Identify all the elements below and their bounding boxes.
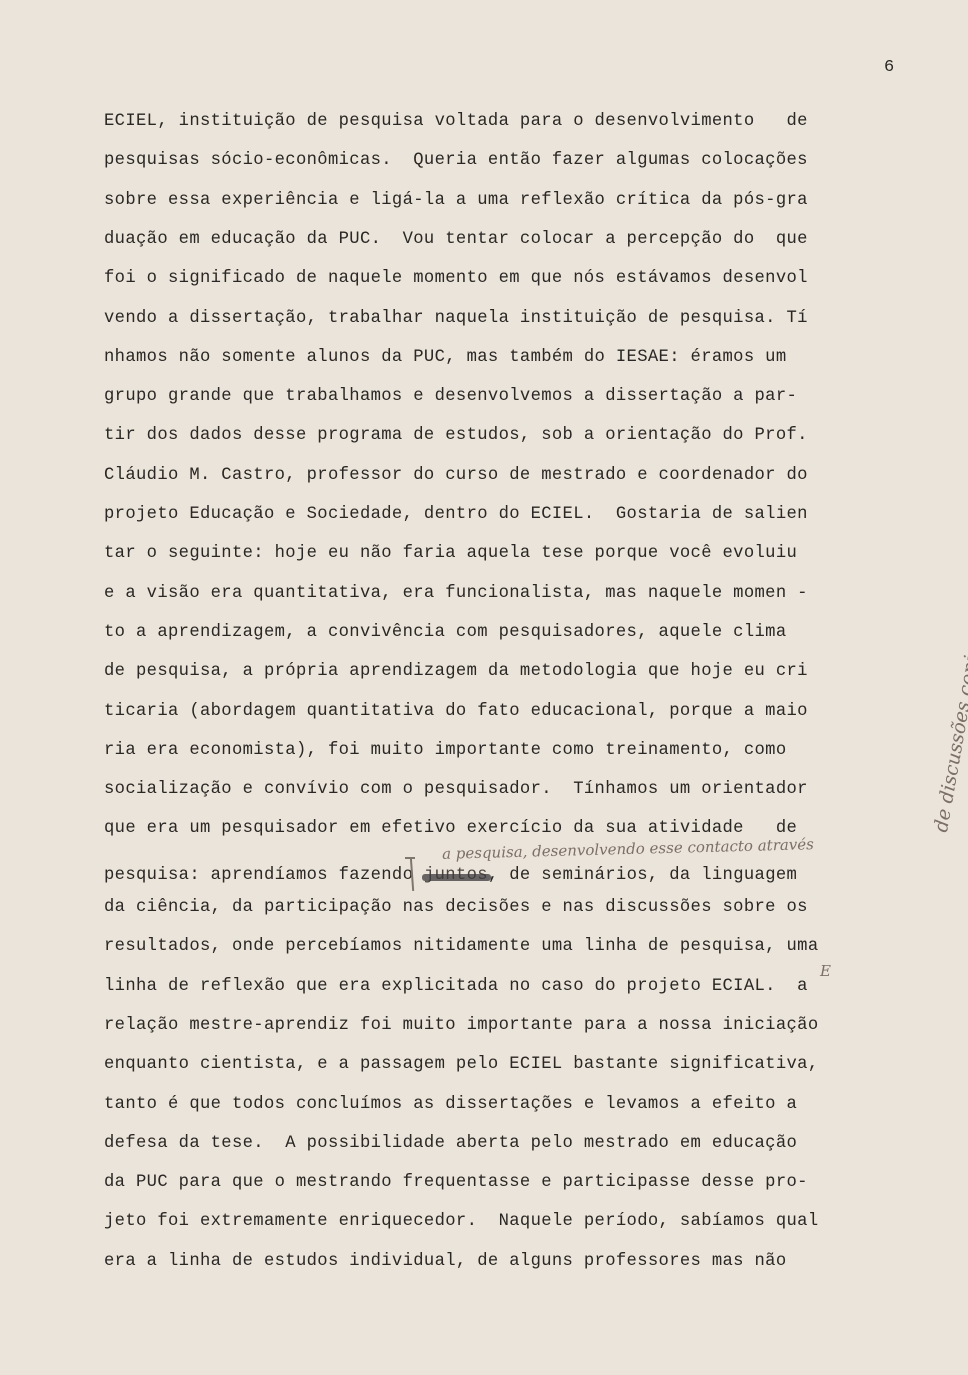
body-line: duação em educação da PUC. Vou tentar co… <box>104 230 808 249</box>
body-line: ria era economista), foi muito important… <box>104 741 787 760</box>
line-text-before: pesquisa: aprendíamos fazendo <box>104 866 413 885</box>
body-line: da PUC para que o mestrando frequentasse… <box>104 1173 808 1192</box>
body-line: nhamos não somente alunos da PUC, mas ta… <box>104 348 787 367</box>
body-line: da ciência, da participação nas decisões… <box>104 898 808 917</box>
body-line: jeto foi extremamente enriquecedor. Naqu… <box>104 1212 819 1231</box>
body-line: tir dos dados desse programa de estudos,… <box>104 426 808 445</box>
body-line: enquanto cientista, e a passagem pelo EC… <box>104 1055 819 1074</box>
body-line: to a aprendizagem, a convivência com pes… <box>104 623 787 642</box>
line-text-after: , de seminários, da linguagem <box>488 866 797 885</box>
body-line: ticaria (abordagem quantitativa do fato … <box>104 702 808 721</box>
body-line: Cláudio M. Castro, professor do curso de… <box>104 466 808 485</box>
body-line: de pesquisa, a própria aprendizagem da m… <box>104 662 808 681</box>
body-line: vendo a dissertação, trabalhar naquela i… <box>104 309 808 328</box>
body-line: socialização e convívio com o pesquisado… <box>104 780 808 799</box>
body-line: linha de reflexão que era explicitada no… <box>104 977 808 996</box>
body-line: tanto é que todos concluímos as disserta… <box>104 1095 797 1114</box>
body-line: projeto Educação e Sociedade, dentro do … <box>104 505 808 524</box>
body-line: e a visão era quantitativa, era funciona… <box>104 584 808 603</box>
body-line: grupo grande que trabalhamos e desenvolv… <box>104 387 797 406</box>
struck-word: juntos <box>424 866 488 885</box>
handwritten-margin-note: de discussões conjuntas, <box>930 596 968 834</box>
page-number: 6 <box>884 58 894 77</box>
body-line-struck: pesquisa: aprendíamos fazendo juntos, de… <box>104 866 797 885</box>
body-line: sobre essa experiência e ligá-la a uma r… <box>104 191 808 210</box>
handwritten-correction: E <box>820 962 831 980</box>
handwritten-insertion: a pesquisa, desenvolvendo esse contacto … <box>442 835 814 863</box>
body-line: era a linha de estudos individual, de al… <box>104 1252 787 1271</box>
body-line: ECIEL, instituição de pesquisa voltada p… <box>104 112 808 131</box>
body-line: tar o seguinte: hoje eu não faria aquela… <box>104 544 797 563</box>
body-line: defesa da tese. A possibilidade aberta p… <box>104 1134 797 1153</box>
body-line: resultados, onde percebíamos nitidamente… <box>104 937 819 956</box>
body-line: que era um pesquisador em efetivo exercí… <box>104 819 797 838</box>
body-line: foi o significado de naquele momento em … <box>104 269 808 288</box>
body-line: relação mestre-aprendiz foi muito import… <box>104 1016 819 1035</box>
body-line: pesquisas sócio-econômicas. Queria então… <box>104 151 808 170</box>
